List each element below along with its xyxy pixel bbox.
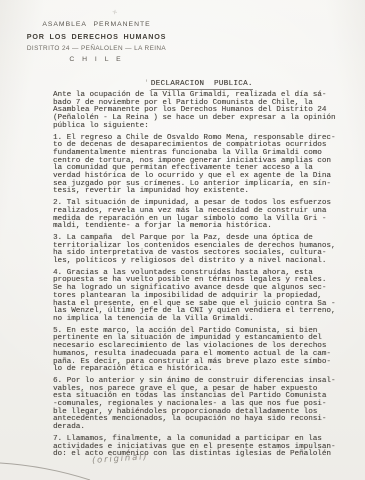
paragraph-4: 4. Gracias a las voluntades construídas … (53, 270, 351, 324)
letterhead-country: C H I L E (14, 56, 179, 63)
title-prefix-mark: ' (144, 80, 149, 88)
letterhead-org-line2: POR LOS DERECHOS HUMANOS (14, 32, 179, 41)
top-smudge-mark: + (111, 8, 118, 19)
paragraph-5: 5. En este marco, la acción del Partido … (53, 328, 351, 374)
document-title: DECLARACION PUBLICA. (151, 80, 253, 90)
letterhead-district-line: DISTRITO 24 — PEÑALOLEN — LA REINA (14, 45, 179, 52)
paragraph-6: 6. Por lo anterior y sin ánimo de constr… (53, 378, 351, 432)
pencil-curve-mark (0, 458, 92, 480)
paragraph-2: 2. Tal situación de impunidad, a pesar d… (53, 200, 351, 231)
document-body: Ante la ocupación de la Villa Grimaldi, … (53, 92, 351, 459)
scanned-document-page: + ASAMBLEA PERMANENTE POR LOS DERECHOS H… (0, 0, 365, 480)
paragraph-3: 3. La campaña del Parque por la Paz, des… (53, 235, 351, 266)
letterhead: ASAMBLEA PERMANENTE POR LOS DERECHOS HUM… (14, 21, 179, 63)
intro-paragraph: Ante la ocupación de la Villa Grimaldi, … (53, 92, 351, 131)
letterhead-org-line1: ASAMBLEA PERMANENTE (14, 21, 179, 28)
paragraph-1: 1. El regreso a Chile de Osvaldo Romo Me… (53, 135, 351, 197)
